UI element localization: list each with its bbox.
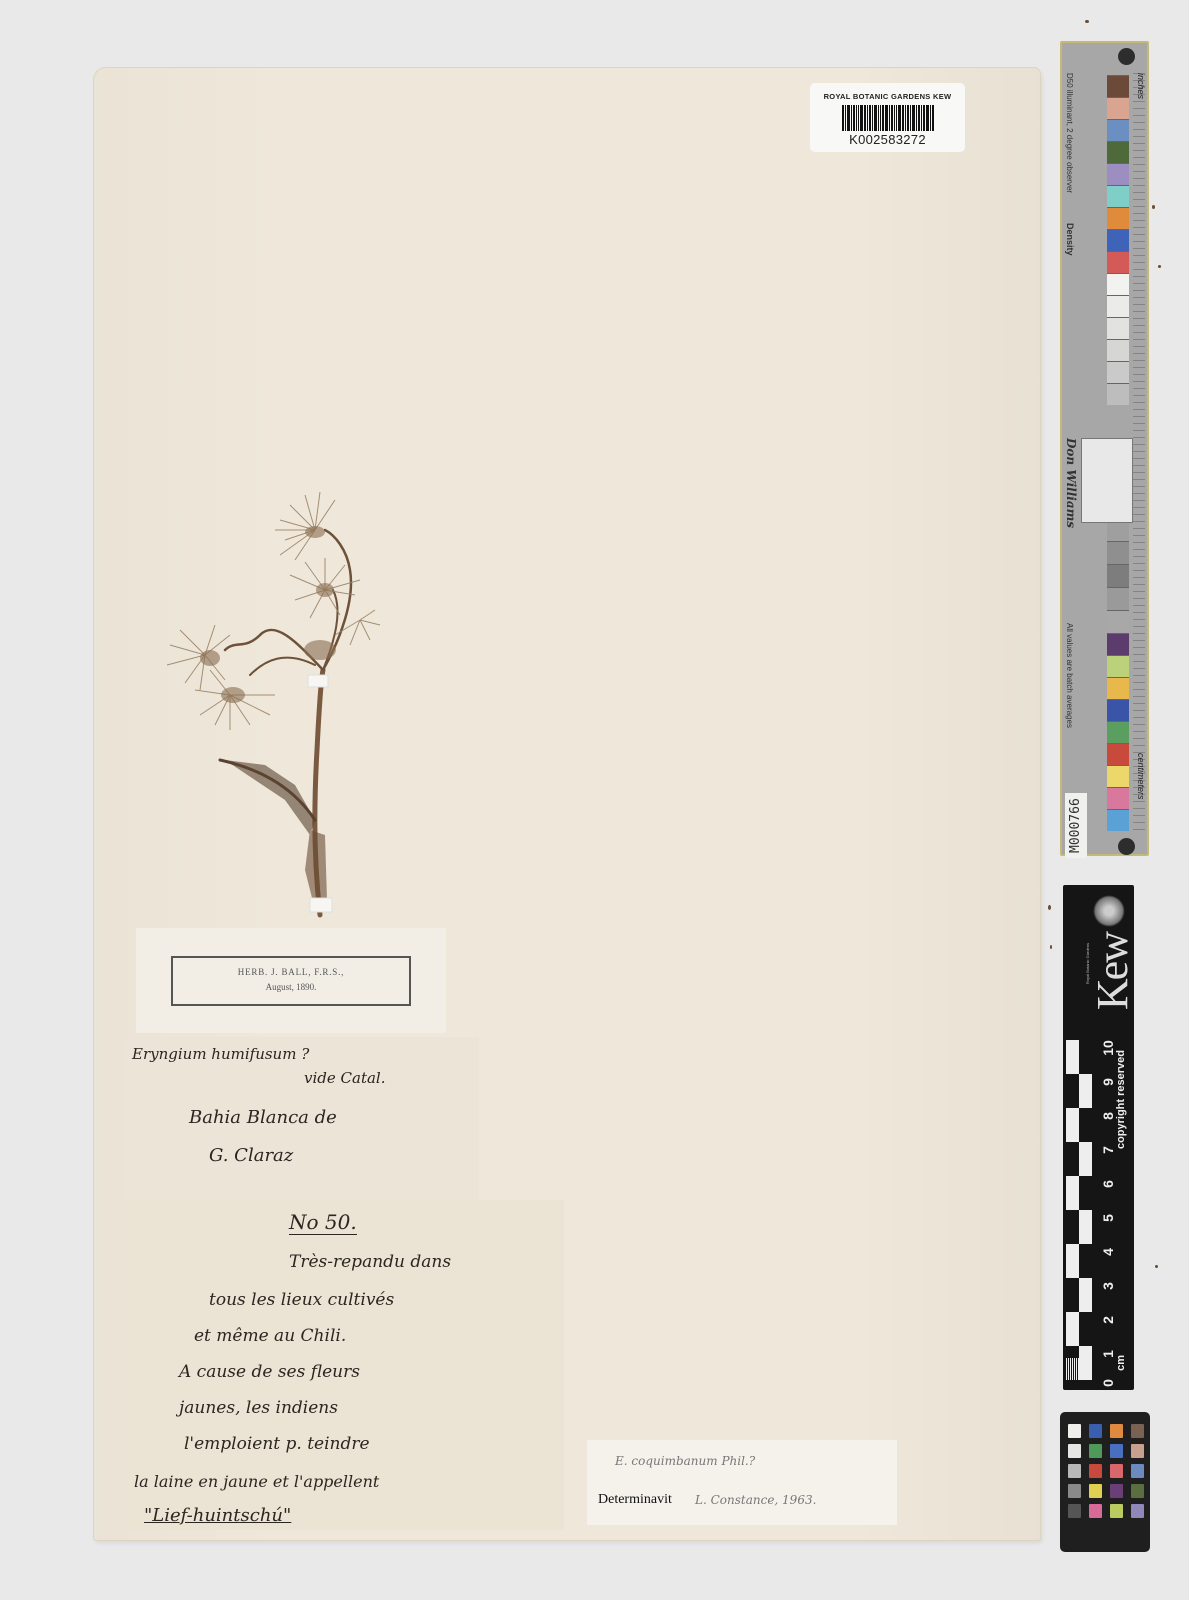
debris-speck xyxy=(1155,1265,1158,1268)
checker-patch xyxy=(1068,1444,1081,1458)
color-swatch xyxy=(1107,185,1129,207)
color-swatch xyxy=(1107,295,1129,317)
color-swatch xyxy=(1107,75,1129,97)
checker-patch xyxy=(1131,1504,1144,1518)
mounting-strap xyxy=(308,675,328,687)
ruler-scale xyxy=(1133,73,1145,833)
handwritten-line: G. Claraz xyxy=(209,1145,293,1166)
handwritten-line: et même au Chili. xyxy=(194,1326,346,1346)
color-swatch xyxy=(1107,339,1129,361)
checker-patch xyxy=(1068,1504,1081,1518)
kew-crest-icon xyxy=(1093,895,1125,927)
cm-number: 1 xyxy=(1100,1345,1116,1363)
institution-name: ROYAL BOTANIC GARDENS KEW xyxy=(810,92,965,101)
cm-number: 8 xyxy=(1100,1107,1116,1125)
ruler-id-code: M000766 xyxy=(1065,793,1087,858)
barcode-number: K002583272 xyxy=(810,132,965,147)
handwritten-line: A cause de ses fleurs xyxy=(179,1362,360,1382)
determinavit-label: Determinavit xyxy=(598,1492,672,1508)
color-swatch xyxy=(1107,809,1129,831)
color-swatch xyxy=(1107,119,1129,141)
density-label: Density xyxy=(1065,223,1075,256)
color-swatch xyxy=(1107,564,1129,587)
checker-patch xyxy=(1110,1444,1123,1458)
ruler-brand: Don Williams xyxy=(1064,438,1078,528)
mounting-strap xyxy=(310,898,332,912)
color-swatch xyxy=(1107,587,1129,610)
cm-number: 5 xyxy=(1100,1209,1116,1227)
color-swatch xyxy=(1107,610,1129,633)
checker-patch xyxy=(1089,1464,1102,1478)
batch-note: All values are batch averages xyxy=(1065,623,1074,728)
debris-speck xyxy=(1152,205,1155,209)
checker-patch xyxy=(1089,1504,1102,1518)
color-swatch xyxy=(1107,541,1129,564)
handwritten-line: "Lief-huintschú" xyxy=(144,1505,291,1526)
determination-slip: E. coquimbanum Phil.? Determinavit L. Co… xyxy=(587,1440,897,1525)
color-checker-grid xyxy=(1068,1424,1144,1518)
color-swatch xyxy=(1107,273,1129,295)
handwritten-line: Très-repandu dans xyxy=(289,1252,451,1272)
ruler-hole xyxy=(1118,48,1135,65)
kew-logo: Kew xyxy=(1091,933,1135,1010)
cm-number: 0 xyxy=(1100,1374,1116,1392)
ruler-logo-panel xyxy=(1081,438,1133,523)
barcode-label: ROYAL BOTANIC GARDENS KEW K002583272 xyxy=(810,83,965,152)
color-swatch xyxy=(1107,141,1129,163)
cm-number: 3 xyxy=(1100,1277,1116,1295)
handwritten-line: vide Catal. xyxy=(304,1069,385,1087)
debris-speck xyxy=(1085,20,1089,23)
handwritten-line: tous les lieux cultivés xyxy=(209,1290,394,1310)
color-swatch xyxy=(1107,317,1129,339)
checker-patch xyxy=(1131,1484,1144,1498)
checker-patch xyxy=(1110,1464,1123,1478)
cm-unit: cm xyxy=(1115,1355,1127,1371)
checker-patch xyxy=(1131,1464,1144,1478)
cm-number: 7 xyxy=(1100,1141,1116,1159)
plant-specimen xyxy=(165,490,400,920)
debris-speck xyxy=(1050,945,1052,949)
kew-scale-bar: Royal Botanic Gardens Kew 10 9 8 7 6 5 4… xyxy=(1063,885,1134,1390)
color-swatch xyxy=(1107,633,1129,655)
handwritten-label-identification: Eryngium humifusum ? vide Catal. Bahia B… xyxy=(124,1037,479,1200)
checker-patch xyxy=(1068,1424,1081,1438)
checker-patch xyxy=(1089,1484,1102,1498)
handwritten-line: l'emploient p. teindre xyxy=(184,1434,370,1454)
color-swatch xyxy=(1107,721,1129,743)
debris-speck xyxy=(1048,905,1051,910)
cm-scale-checker xyxy=(1066,1040,1092,1385)
handwritten-line: Eryngium humifusum ? xyxy=(132,1045,309,1063)
color-swatch xyxy=(1107,699,1129,721)
checker-patch xyxy=(1131,1444,1144,1458)
cm-number: 2 xyxy=(1100,1311,1116,1329)
handwritten-line: Bahia Blanca de xyxy=(189,1107,337,1128)
color-swatch xyxy=(1107,163,1129,185)
color-swatch xyxy=(1107,787,1129,809)
color-checker-card xyxy=(1060,1412,1150,1552)
determiner-name: L. Constance, 1963. xyxy=(695,1493,816,1507)
checker-patch xyxy=(1110,1484,1123,1498)
color-swatch xyxy=(1107,251,1129,273)
color-swatch xyxy=(1107,765,1129,787)
debris-speck xyxy=(1158,265,1161,268)
checker-patch xyxy=(1089,1424,1102,1438)
color-swatch xyxy=(1107,361,1129,383)
checker-patch xyxy=(1131,1424,1144,1438)
illuminant-text: D50 illuminant, 2 degree observer xyxy=(1065,73,1074,193)
color-swatch xyxy=(1107,383,1129,405)
color-swatch xyxy=(1107,655,1129,677)
printed-herbarium-label: HERB. J. BALL, F.R.S., August, 1890. xyxy=(136,928,446,1033)
color-swatch xyxy=(1107,677,1129,699)
collection-number: No 50. xyxy=(289,1210,357,1235)
color-swatch xyxy=(1107,207,1129,229)
checker-patch xyxy=(1089,1444,1102,1458)
color-swatch xyxy=(1107,97,1129,119)
checker-patch xyxy=(1068,1484,1081,1498)
checker-patch xyxy=(1110,1424,1123,1438)
cm-number: 4 xyxy=(1100,1243,1116,1261)
copyright-text: copyright reserved xyxy=(1115,1050,1127,1149)
herbarium-name: HERB. J. BALL, F.R.S., xyxy=(173,967,409,977)
cm-number: 9 xyxy=(1100,1073,1116,1091)
cm-number: 10 xyxy=(1100,1039,1116,1057)
determined-taxon: E. coquimbanum Phil.? xyxy=(615,1454,755,1468)
ruler-hole xyxy=(1118,838,1135,855)
color-swatch xyxy=(1107,743,1129,765)
handwritten-label-notes: No 50. Très-repandu dans tous les lieux … xyxy=(124,1200,564,1530)
cm-number: 6 xyxy=(1100,1175,1116,1193)
checker-patch xyxy=(1068,1464,1081,1478)
barcode-icon xyxy=(824,105,951,131)
color-calibration-ruler: inches centimeters D50 illuminant, 2 deg… xyxy=(1060,41,1149,856)
herbarium-date: August, 1890. xyxy=(173,982,409,992)
checker-patch xyxy=(1110,1504,1123,1518)
handwritten-line: la laine en jaune et l'appellent xyxy=(134,1472,379,1491)
handwritten-line: jaunes, les indiens xyxy=(179,1398,338,1418)
color-swatch xyxy=(1107,229,1129,251)
label-frame: HERB. J. BALL, F.R.S., August, 1890. xyxy=(171,956,411,1006)
